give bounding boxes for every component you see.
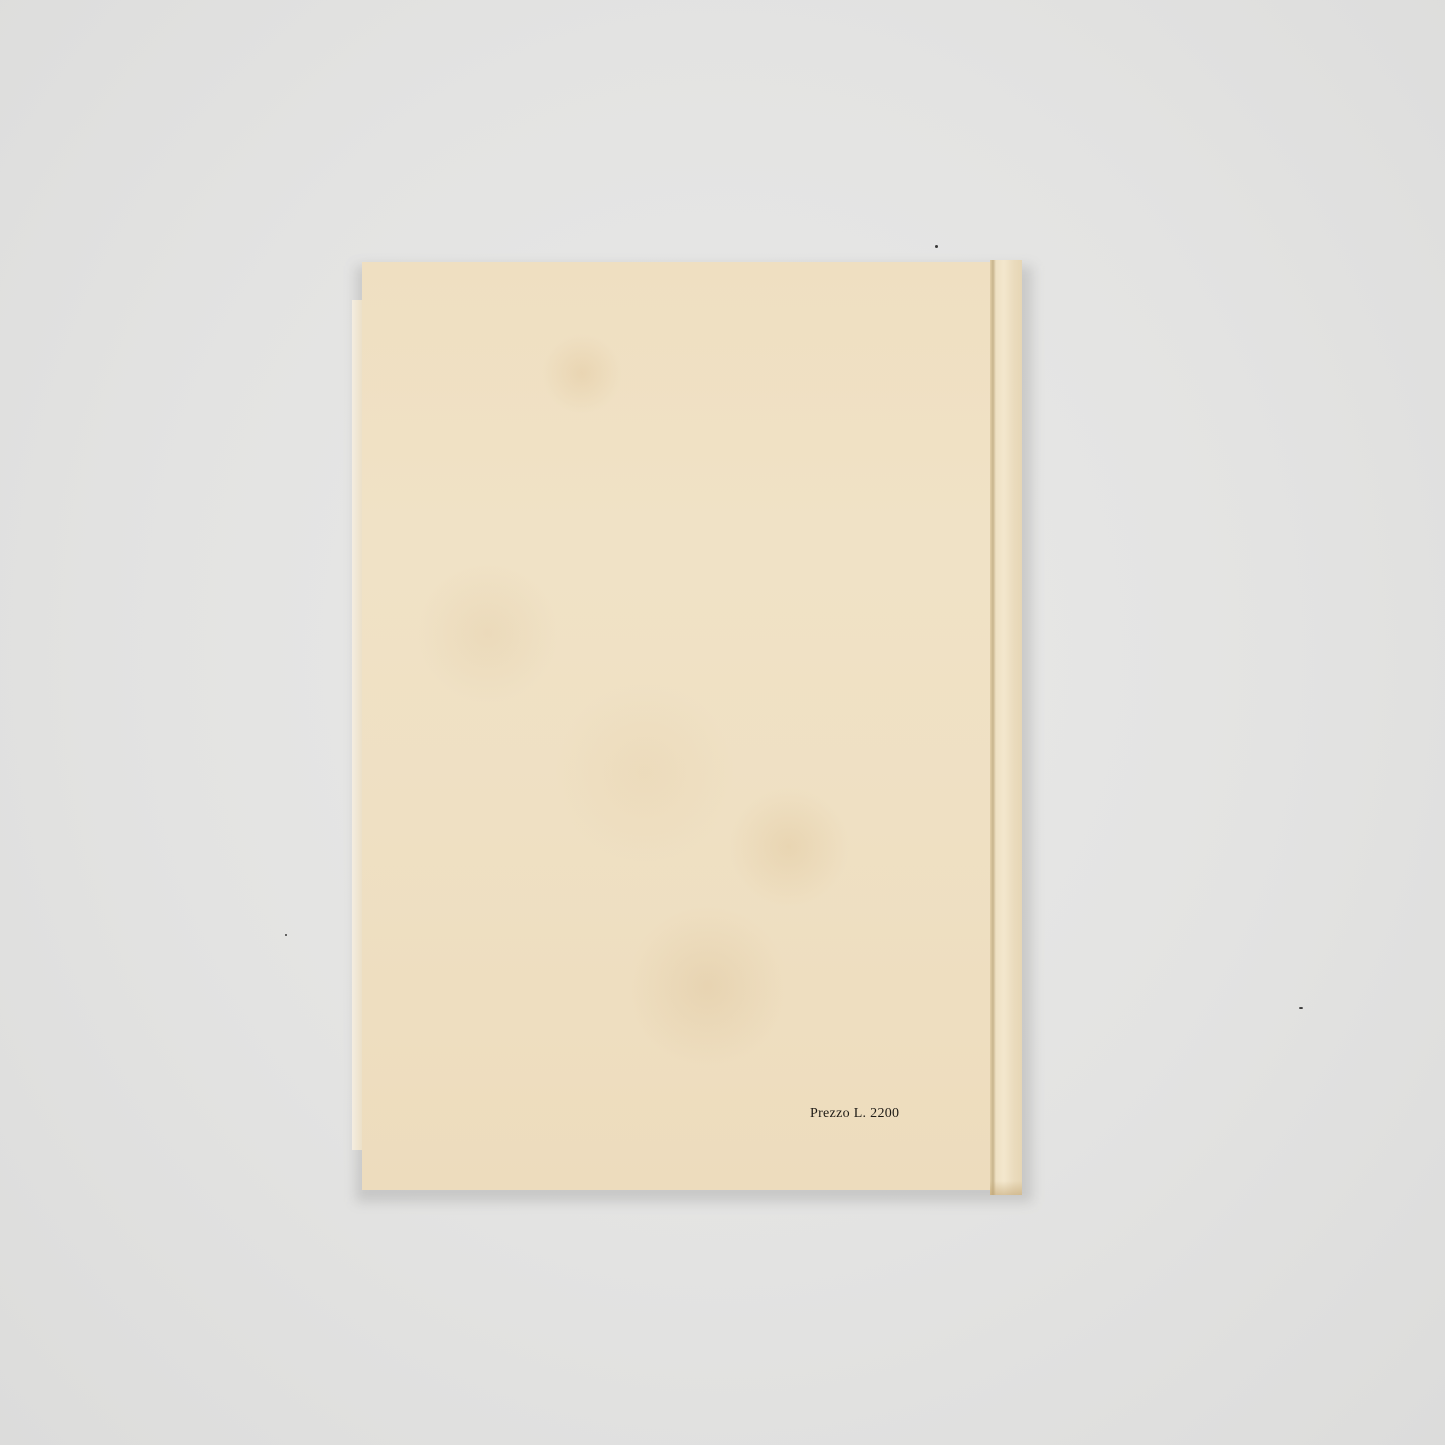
dust-speck xyxy=(1299,1007,1303,1009)
page-edges xyxy=(352,300,362,1150)
price-label: Prezzo L. 2200 xyxy=(810,1106,899,1122)
back-cover: Prezzo L. 2200 xyxy=(362,262,990,1190)
dust-speck xyxy=(935,245,938,248)
book: Prezzo L. 2200 xyxy=(350,260,1023,1195)
book-spine xyxy=(990,260,1022,1195)
dust-speck xyxy=(285,934,287,936)
